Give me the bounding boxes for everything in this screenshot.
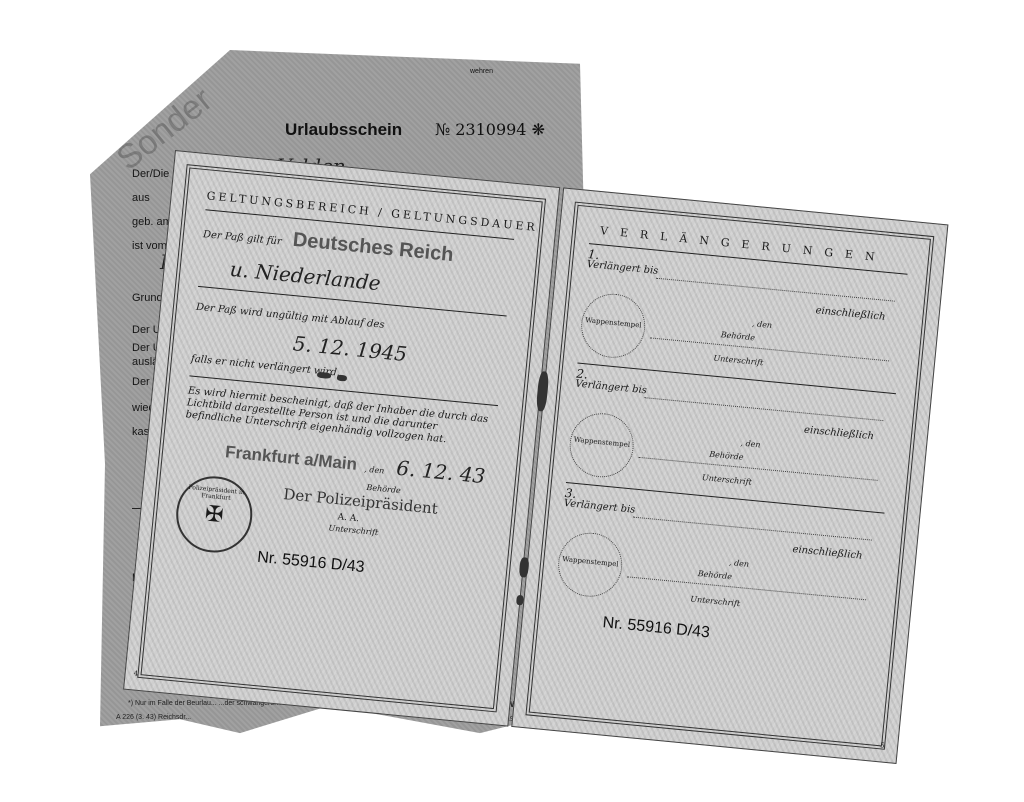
- date-label: , den: [740, 439, 761, 450]
- eagle-icon: ✠: [177, 499, 251, 531]
- passport-right-page: VERLÄNGERUNGEN 1. Verlängert bis einschl…: [511, 187, 948, 764]
- leave-pass-title: Urlaubsschein: [285, 120, 402, 140]
- leave-pass-number: № 2310994 ❋: [435, 120, 545, 139]
- field-label: Der/Die: [132, 168, 169, 180]
- page-number: 5: [880, 741, 885, 749]
- passport: GELTUNGSBEREICH / GELTUNGSDAUER Der Paß …: [119, 150, 951, 802]
- ink-smudge: [337, 375, 348, 382]
- field-label: aus: [132, 192, 150, 204]
- passport-left-page: GELTUNGSBEREICH / GELTUNGSDAUER Der Paß …: [123, 150, 560, 727]
- date-label: , den: [729, 558, 750, 569]
- page-number: 4: [133, 669, 138, 677]
- aa-label: A. A.: [337, 512, 359, 524]
- date-label: , den: [752, 319, 773, 330]
- date-label: , den: [364, 465, 385, 476]
- field-label: geb. am: [132, 216, 172, 228]
- header-box-label: wehren: [470, 68, 493, 75]
